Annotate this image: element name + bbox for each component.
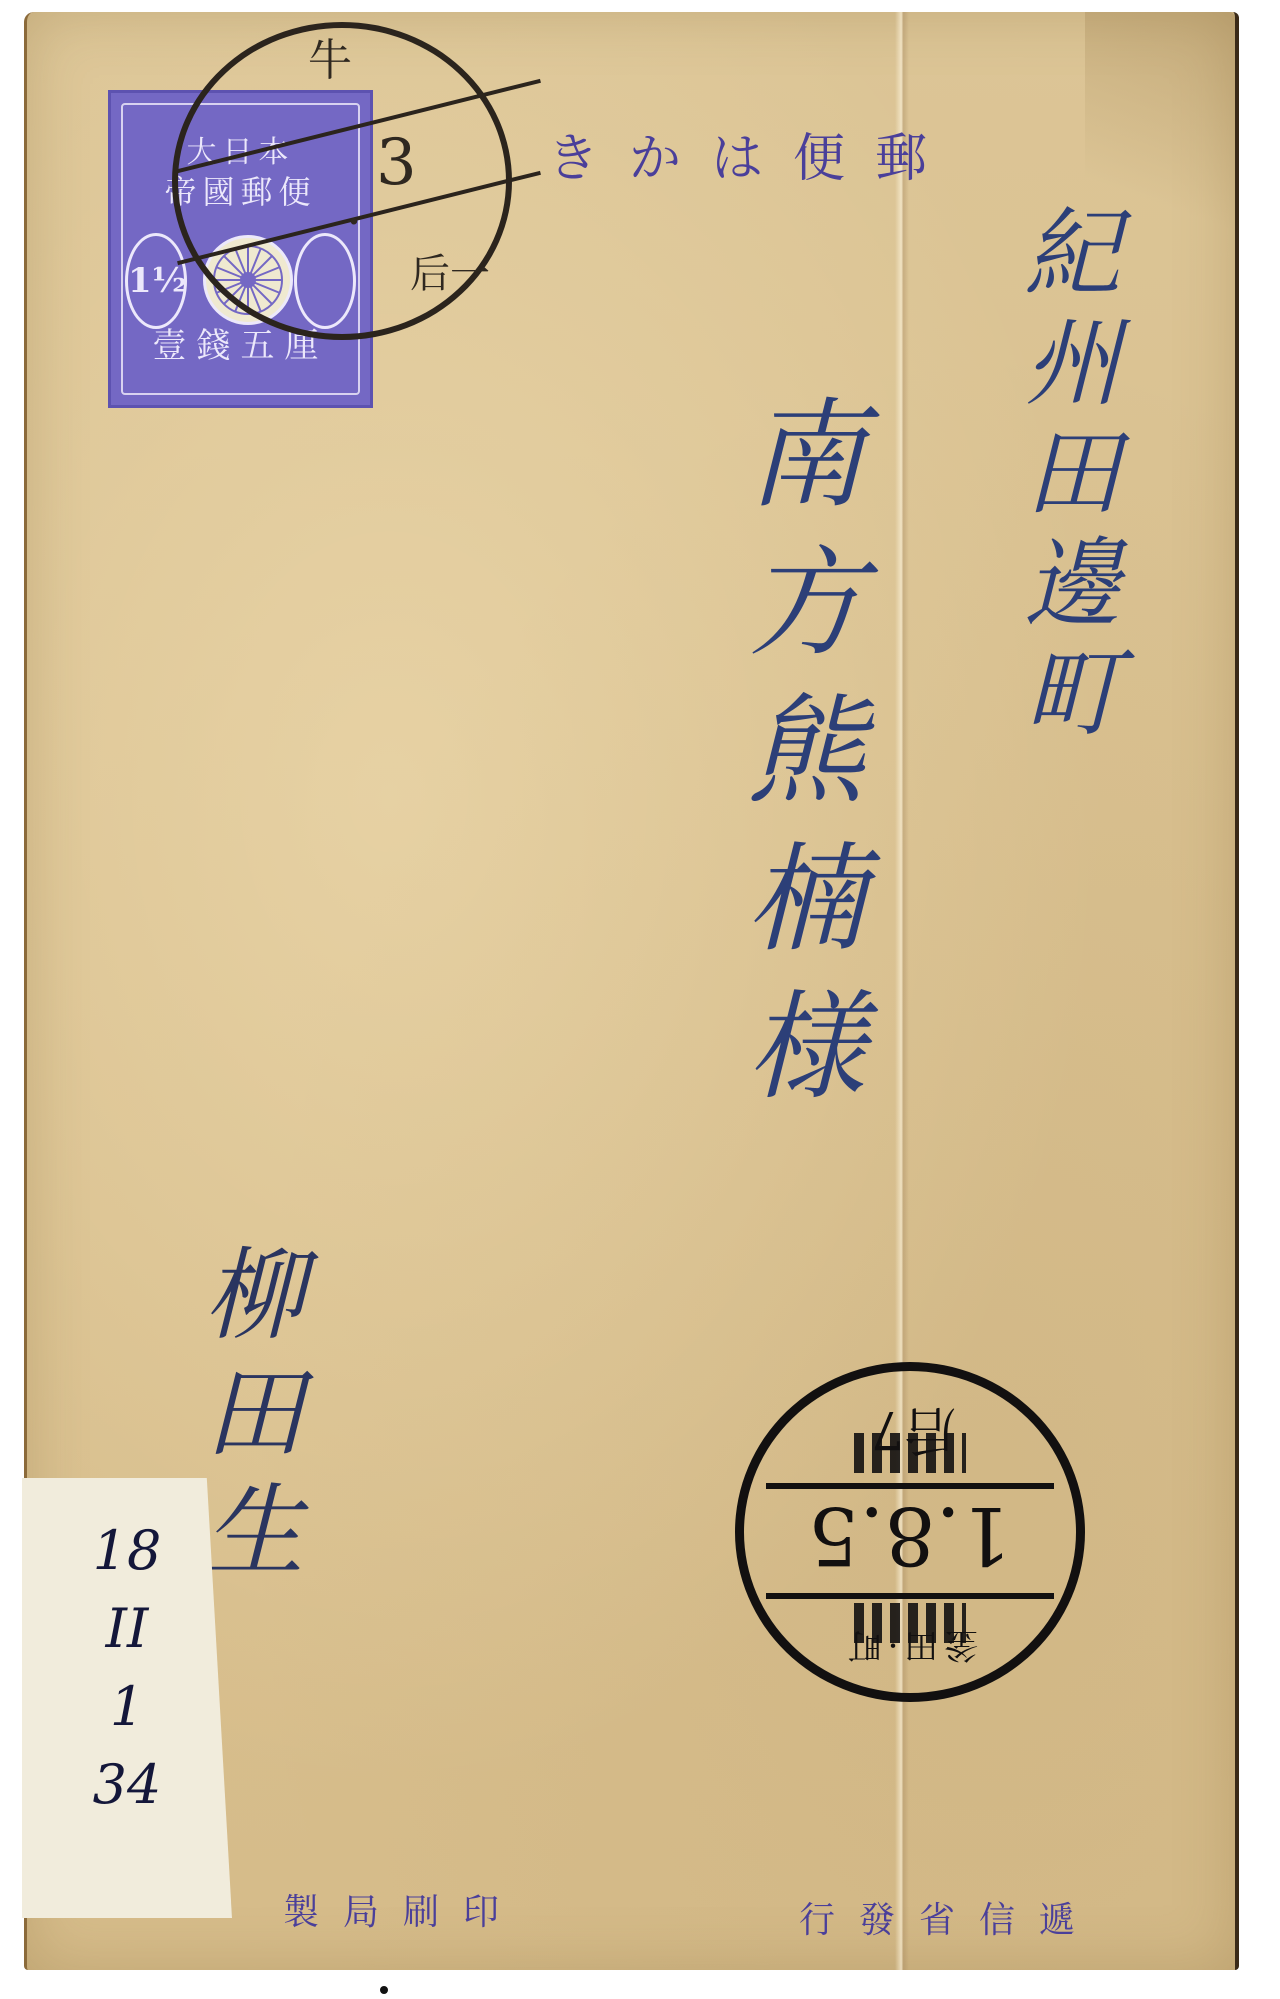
postmark-town: 釜田·町 [774,1624,1046,1673]
archive-label: 18 II 1 34 [22,1478,232,1918]
postmark-header: 牛 [308,24,352,88]
card-header-title: 郵便はかき [547,116,957,191]
postmark-date: 3 [376,126,417,200]
stamp-value: 1½ [125,233,187,329]
postmark-dot: . [346,178,362,236]
postmark-bar [766,1593,1054,1599]
label-line: 18 [82,1512,172,1590]
postmark-date: 1.8.5 [744,1489,1076,1582]
origin-postmark: 牛 . 3 后一 [172,22,512,340]
printer-imprint: 印刷局製 [283,1884,523,1935]
recipient-address: 紀州田邊町 [1017,202,1113,752]
postmark-ticks [854,1433,966,1473]
scan-speck [380,1986,388,1994]
label-line: 1 [82,1668,172,1746]
issuer-imprint: 遞信省發行 [799,1892,1099,1943]
label-line: 34 [82,1746,172,1824]
postmark-footer: 后一 [410,242,490,299]
archive-label-text: 18 II 1 34 [82,1512,172,1824]
arrival-postmark: 后7 1.8.5 釜田·町 [735,1362,1085,1702]
recipient-name: 南方熊楠様 [737,392,855,1132]
label-line: II [82,1590,172,1668]
postmark-bar [177,79,541,173]
